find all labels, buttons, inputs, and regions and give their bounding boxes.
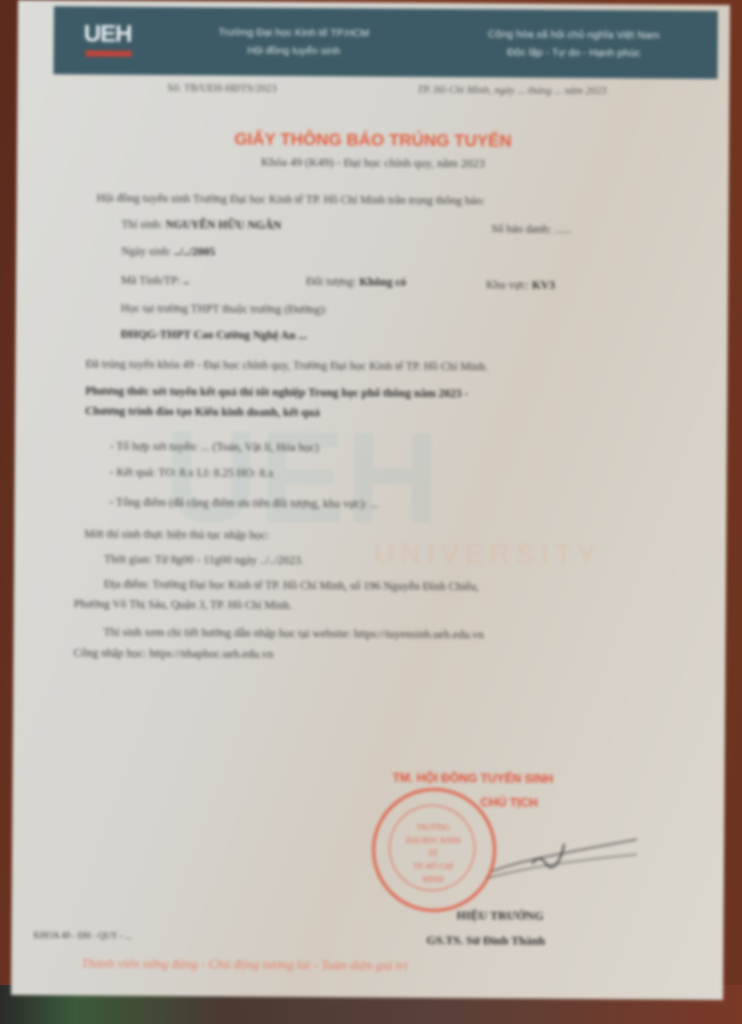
area-value: KV3	[532, 280, 555, 292]
area-row: Khu vực: KV3	[486, 279, 555, 291]
name-value: NGUYỄN HỮU NGÂN	[165, 219, 281, 232]
instruction-location-2: Phường Võ Thị Sáu, Quận 3, TP. Hồ Chí Mi…	[74, 598, 292, 612]
area-label: Khu vực:	[486, 279, 529, 291]
dob-label: Ngày sinh:	[121, 246, 171, 258]
signature-org: TM. HỘI ĐỒNG TUYỂN SINH	[393, 771, 554, 786]
priority-label: Đối tượng:	[306, 276, 356, 288]
national-motto: Độc lập - Tự do - Hạnh phúc	[434, 43, 714, 63]
handwritten-signature	[472, 833, 642, 884]
method-line-2: Chương trình đào tạo Kiểu kinh doanh, kế…	[85, 405, 320, 419]
ueh-logo: UEH	[84, 20, 132, 48]
candidate-name-row: Thí sinh: NGUYỄN HỮU NGÂN	[121, 219, 281, 232]
dob-value: ../../2005	[174, 246, 215, 258]
header-institution: Trường Đại học Kinh tế TP.HCM Hội đồng t…	[164, 23, 424, 61]
document-title: GIẤY THÔNG BÁO TRÚNG TUYỂN	[17, 128, 729, 153]
detail-total: - Tổng điểm (đã cộng điểm ưu tiên đối tư…	[109, 497, 378, 511]
admission-statement: Đã trúng tuyển khóa 49 - Đại học chính q…	[85, 358, 488, 373]
instruction-website: Thí sinh xem chi tiết hướng dẫn nhập học…	[104, 627, 484, 642]
detail-combination: - Tổ hợp xét tuyển: ... (Toán, Vật lí, H…	[110, 441, 319, 454]
name-label: Thí sinh:	[121, 219, 162, 231]
instruction-location-1: Địa điểm: Trường Đại học Kinh tế TP. Hồ …	[104, 579, 479, 594]
header-national-motto: Cộng hòa xã hội chủ nghĩa Việt Nam Độc l…	[434, 25, 714, 63]
university-motto: Thành viên xứng đáng - Chủ động tương la…	[81, 955, 408, 973]
signer-role: HIỆU TRƯỞNG	[457, 908, 544, 924]
instruction-heading: Mời thí sinh thực hiện thủ tục nhập học:	[84, 528, 269, 541]
id-label: Số báo danh:	[491, 223, 551, 235]
council-name: Hội đồng tuyển sinh	[164, 41, 424, 61]
country-name: Cộng hòa xã hội chủ nghĩa Việt Nam	[434, 25, 714, 45]
bottom-left-code: KHOA 49 - ĐH - QUY - ...	[33, 930, 131, 941]
reference-number: Số: TB/UEH-HĐTS/2023	[167, 83, 276, 95]
stamp-text: TRƯỜNG ĐẠI HỌC KINH TẾ TP. HỒ CHÍ MINH	[405, 821, 461, 886]
province-value: ..	[183, 275, 189, 287]
logo-underline	[86, 50, 132, 56]
stamp-line: TP. HỒ CHÍ MINH	[405, 860, 461, 886]
intro-text: Hội đồng tuyển sinh Trường Đại học Kinh …	[97, 193, 485, 208]
priority-value: Không có	[359, 276, 406, 288]
candidate-id-row: Số báo danh: ......	[491, 223, 571, 236]
signature-title: CHỦ TỊCH	[480, 795, 537, 809]
instruction-time: Thời gian: Từ 8g00 - 11g00 ngày ../../20…	[104, 554, 304, 567]
institution-name: Trường Đại học Kinh tế TP.HCM	[164, 23, 424, 43]
school-label: Học tại trường THPT thuộc trường (Đường)…	[121, 303, 328, 316]
watermark-university: UNIVERSITY	[374, 538, 602, 572]
stamp-line: ĐẠI HỌC KINH TẾ	[405, 834, 461, 860]
province-row: Mã Tỉnh/TP: ..	[121, 275, 189, 287]
letter-header: UEH Trường Đại học Kinh tế TP.HCM Hội đồ…	[53, 6, 717, 79]
admission-letter: UEH UNIVERSITY UEH Trường Đại học Kinh t…	[11, 0, 730, 1000]
document-subtitle: Khóa 49 (K49) - Đại học chính quy, năm 2…	[17, 153, 729, 173]
dob-row: Ngày sinh: ../../2005	[121, 246, 215, 259]
detail-scores: - Kết quả: TO: 8.x LI: 8.25 HO: 8.x	[110, 467, 274, 480]
instruction-portal: Cổng nhập học: https://nhaphoc.ueh.edu.v…	[73, 647, 273, 660]
school-value: ĐHQG-THPT Cao Cường Nghệ An ...	[121, 329, 307, 342]
priority-row: Đối tượng: Không có	[306, 276, 406, 289]
place-date: TP. Hồ Chí Minh, ngày ... tháng ... năm …	[417, 85, 606, 97]
stamp-line: TRƯỜNG	[405, 821, 461, 834]
province-label: Mã Tỉnh/TP:	[121, 275, 181, 287]
id-value: ......	[554, 224, 571, 236]
signer-name: GS.TS. Sử Đình Thành	[426, 933, 545, 949]
method-line-1: Phương thức xét tuyển kết quả thi tốt ng…	[85, 385, 468, 400]
